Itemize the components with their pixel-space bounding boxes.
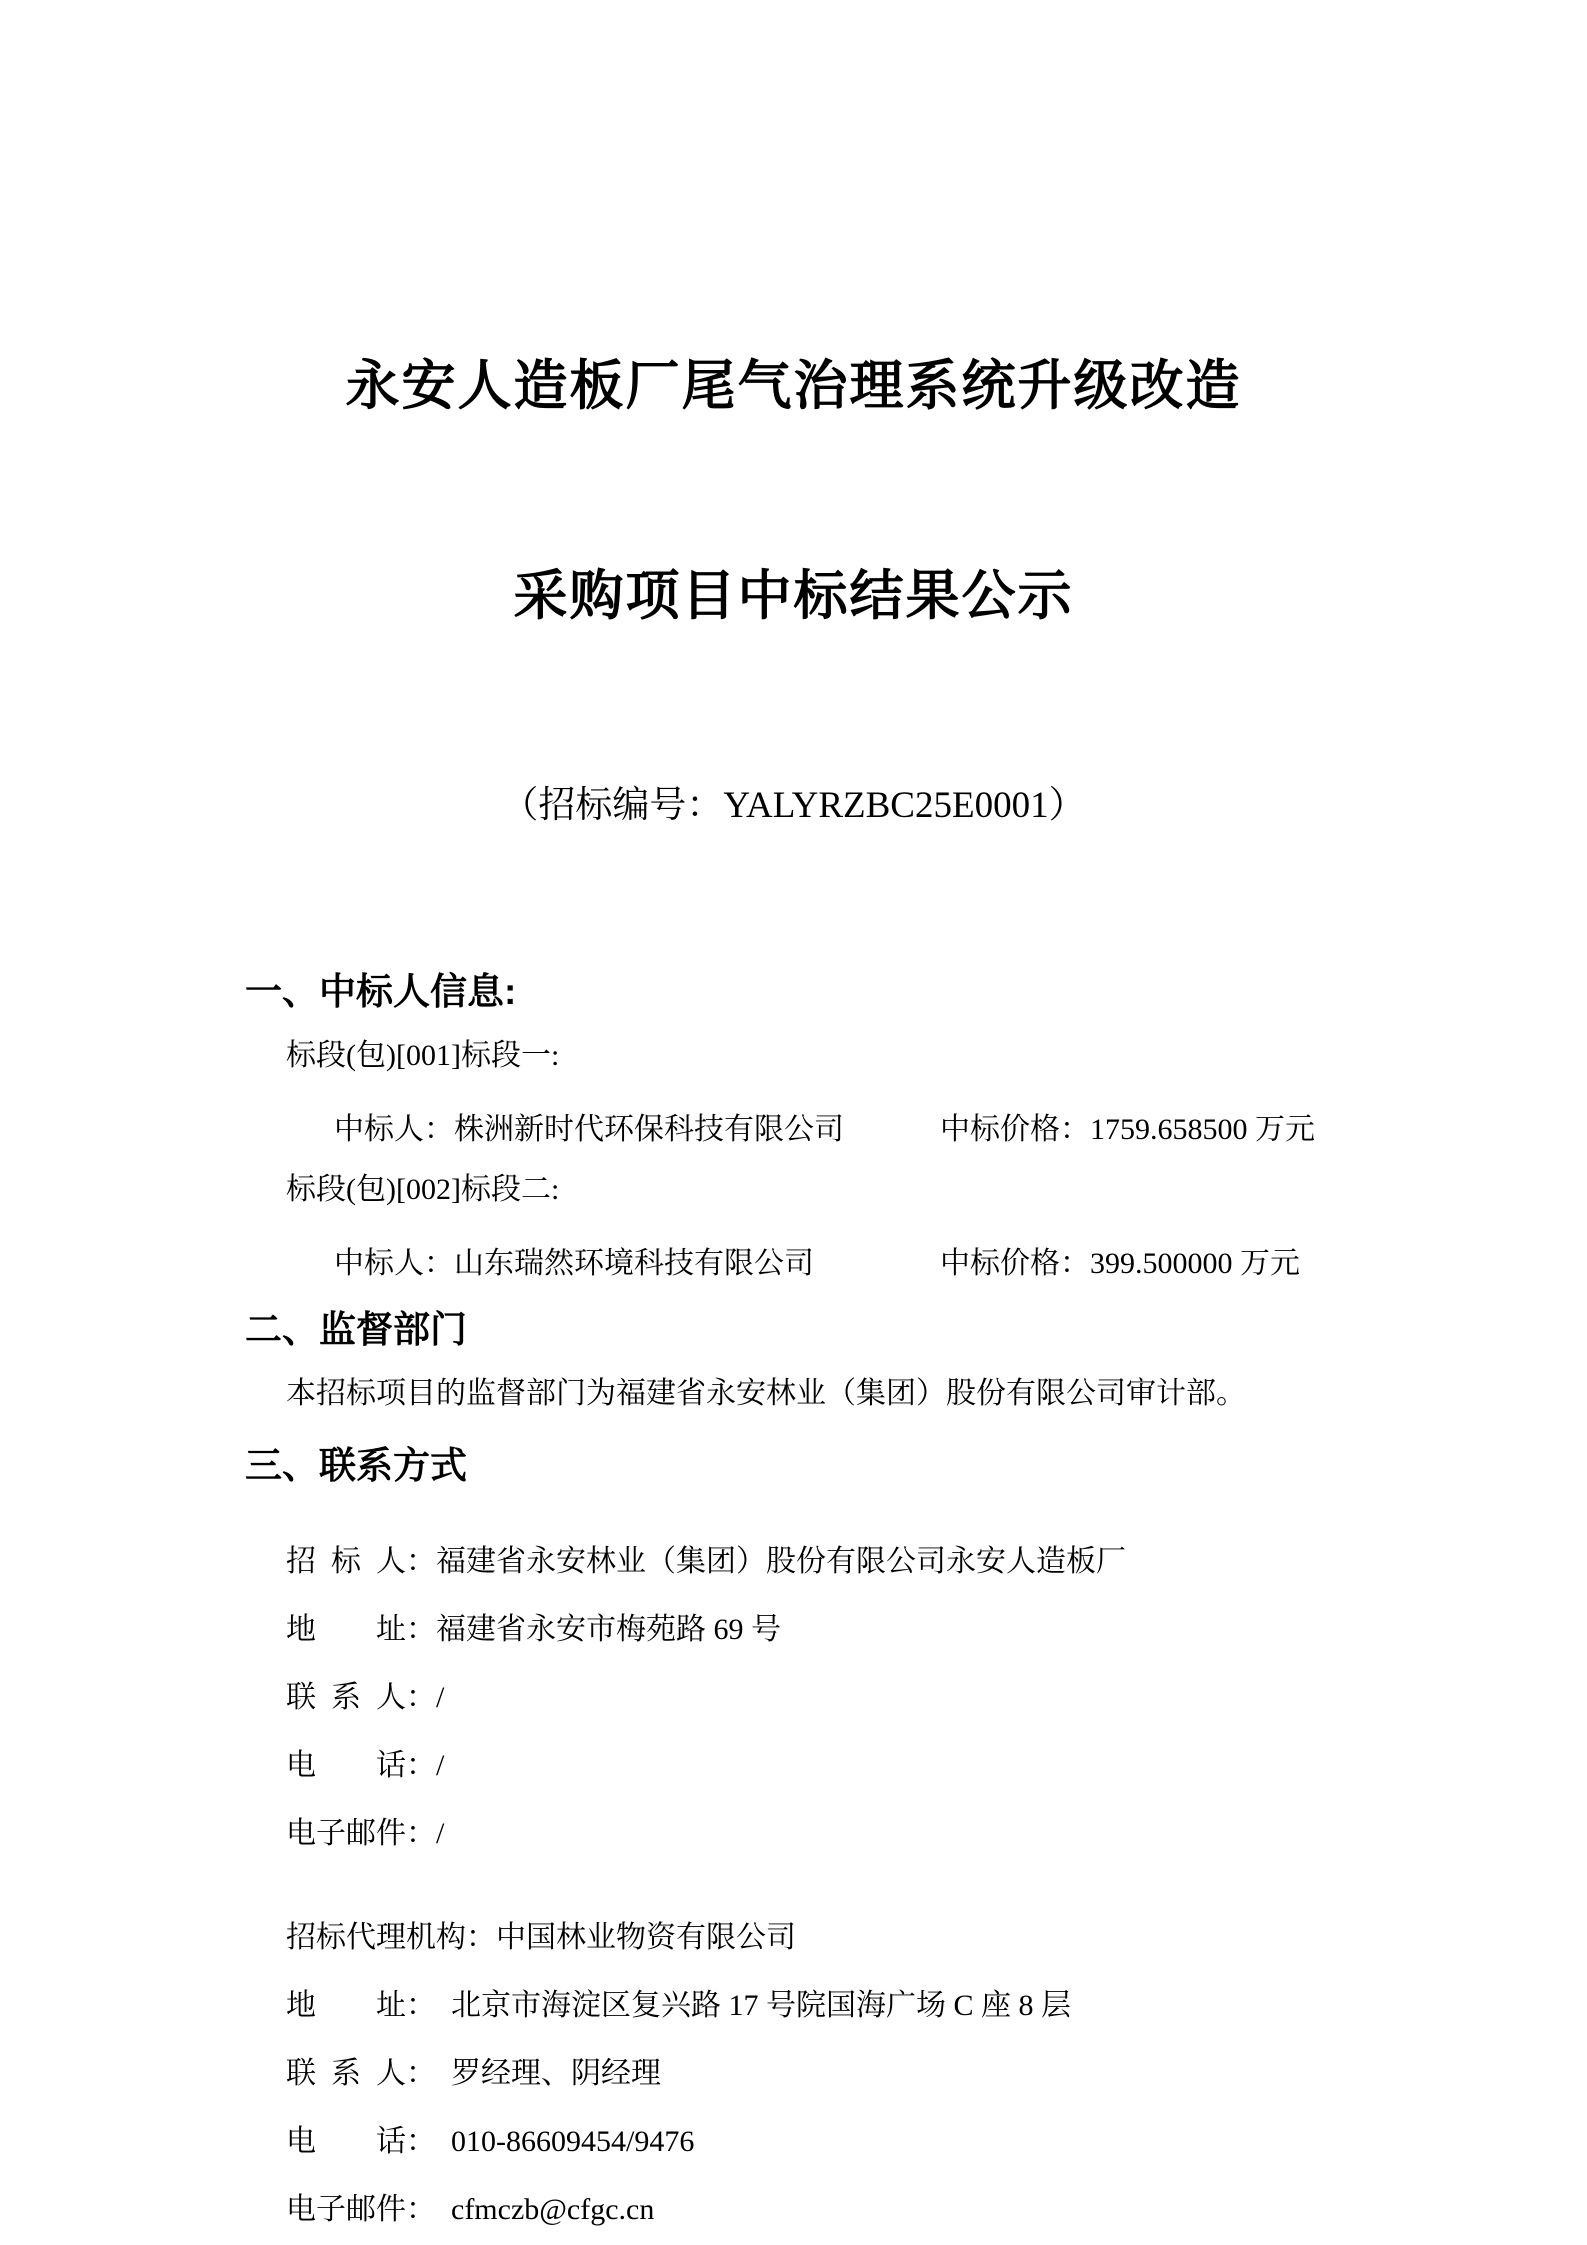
lot-1-price-value: 1759.658500 万元 [1090,1113,1315,1146]
lot-2-price: 中标价格：399.500000 万元 [940,1238,1300,1282]
tenderer-email-row: 电子邮件：/ [286,1814,1447,1854]
document-title: 永安人造板厂尾气治理系统升级改造 采购项目中标结果公示 [0,211,1587,771]
lot-2-price-value: 399.500000 万元 [1090,1247,1300,1280]
lot-1-winner-label: 中标人： [334,1113,454,1146]
lot-2-winner-row: 中标人：山东瑞然环境科技有限公司 中标价格：399.500000 万元 [334,1238,1447,1282]
agency-contact-person-value: 罗经理、阴经理 [421,2057,661,2090]
agency-row: 招标代理机构：中国林业物资有限公司 [286,1918,1447,1958]
tenderer-contact-block: 招 标 人：福建省永安林业（集团）股份有限公司永安人造板厂 地 址：福建省永安市… [286,1542,1447,1854]
lot-1-label: 标段(包)[001]标段一: [286,1036,1447,1076]
agency-address-row: 地 址： 北京市海淀区复兴路 17 号院国海广场 C 座 8 层 [286,1986,1447,2026]
section-heading-supervision: 二、监督部门 [245,1306,1447,1354]
agency-value: 中国林业物资有限公司 [496,1921,796,1954]
tenderer-address-row: 地 址：福建省永安市梅苑路 69 号 [286,1610,1447,1650]
agency-contact-person-label: 联 系 人： [286,2057,421,2090]
tenderer-contact-person-value: / [436,1681,444,1714]
document-content: 一、中标人信息: 标段(包)[001]标段一: 中标人：株洲新时代环保科技有限公… [245,968,1447,2230]
agency-contact-person-row: 联 系 人： 罗经理、阴经理 [286,2054,1447,2094]
agency-label: 招标代理机构： [286,1921,496,1954]
tenderer-email-value: / [436,1817,444,1850]
section-heading-contact: 三、联系方式 [245,1442,1447,1490]
tenderer-email-label: 电子邮件： [286,1817,436,1850]
lot-2-winner: 中标人：山东瑞然环境科技有限公司 [334,1238,940,1282]
agency-email-label: 电子邮件： [286,2193,421,2226]
lot-1-winner-row: 中标人：株洲新时代环保科技有限公司 中标价格：1759.658500 万元 [334,1104,1447,1148]
lot-2-price-label: 中标价格： [940,1247,1090,1280]
tenderer-row: 招 标 人：福建省永安林业（集团）股份有限公司永安人造板厂 [286,1542,1447,1582]
agency-contact-block: 招标代理机构：中国林业物资有限公司 地 址： 北京市海淀区复兴路 17 号院国海… [286,1918,1447,2230]
tenderer-address-value: 福建省永安市梅苑路 69 号 [436,1613,781,1646]
tenderer-address-label: 地 址： [286,1613,436,1646]
agency-email-row: 电子邮件： cfmczb@cfgc.cn [286,2190,1447,2230]
tenderer-contact-person-label: 联 系 人： [286,1681,436,1714]
tenderer-phone-label: 电 话： [286,1749,436,1782]
tenderer-phone-value: / [436,1749,444,1782]
agency-email-value: cfmczb@cfgc.cn [421,2193,654,2226]
agency-phone-label: 电 话： [286,2125,421,2158]
tenderer-contact-person-row: 联 系 人：/ [286,1678,1447,1718]
supervision-body: 本招标项目的监督部门为福建省永安林业（集团）股份有限公司审计部。 [286,1374,1447,1414]
bid-number: （招标编号：YALYRZBC25E0001） [0,784,1587,828]
lot-2-winner-label: 中标人： [334,1247,454,1280]
tenderer-label: 招 标 人： [286,1545,436,1578]
agency-address-label: 地 址： [286,1989,421,2022]
lot-2-label: 标段(包)[002]标段二: [286,1170,1447,1210]
lot-1-price-label: 中标价格： [940,1113,1090,1146]
tenderer-phone-row: 电 话：/ [286,1746,1447,1786]
lot-2-winner-name: 山东瑞然环境科技有限公司 [454,1247,814,1280]
agency-phone-value: 010-86609454/9476 [421,2125,694,2158]
document-title-line2: 采购项目中标结果公示 [0,561,1587,631]
agency-phone-row: 电 话： 010-86609454/9476 [286,2122,1447,2162]
lot-1-winner: 中标人：株洲新时代环保科技有限公司 [334,1104,940,1148]
lot-1-price: 中标价格：1759.658500 万元 [940,1104,1315,1148]
section-heading-winner-info: 一、中标人信息: [245,968,1447,1016]
agency-address-value: 北京市海淀区复兴路 17 号院国海广场 C 座 8 层 [421,1989,1071,2022]
lot-1-winner-name: 株洲新时代环保科技有限公司 [454,1113,844,1146]
tenderer-value: 福建省永安林业（集团）股份有限公司永安人造板厂 [436,1545,1126,1578]
document-page: 永安人造板厂尾气治理系统升级改造 采购项目中标结果公示 （招标编号：YALYRZ… [0,0,1587,2245]
document-title-line1: 永安人造板厂尾气治理系统升级改造 [0,351,1587,421]
